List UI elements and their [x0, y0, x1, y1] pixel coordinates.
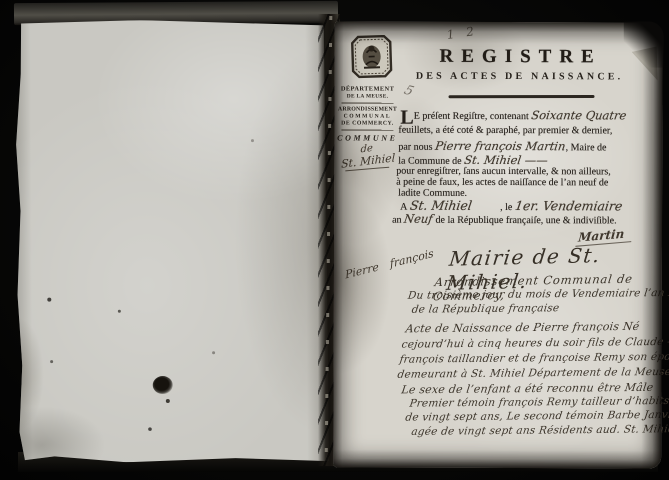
folio-annotation: 1 2 — [446, 24, 479, 42]
declaration-line: pour enregiſtrer, ſans aucun intervalle,… — [396, 166, 611, 178]
act-line: de vingt sept ans, Le second témoin Barb… — [405, 409, 669, 424]
declaration-line: anNeuf de la République françaiſe, une &… — [392, 212, 617, 227]
register-subtitle: DES ACTES DE NAISSANCE. — [415, 71, 625, 83]
print-text: par nous — [398, 142, 432, 153]
paraph-annotation: 5 — [402, 83, 416, 99]
act-margin-name: Pierre françois — [344, 247, 436, 281]
act-line: cejourd’hui à cinq heures du soir fils d… — [401, 336, 669, 351]
margin-arrondissement-line3: DE COMMERCY. — [336, 120, 398, 126]
declaration-line: LE préſent Regiſtre, contenantSoixante Q… — [400, 108, 626, 123]
act-line: demeurant à St. Mihiel Département de la… — [397, 366, 669, 381]
print-text: an — [392, 215, 401, 226]
title-divider — [449, 95, 595, 98]
act-line-text: agée de vingt sept ans Résidents aud. St… — [411, 423, 669, 438]
act-line: agée de vingt sept ans Résidents aud. St… — [411, 423, 669, 438]
act-line: Le sexe de l’enfant a été reconnu être M… — [401, 381, 655, 397]
margin-divider — [341, 102, 393, 103]
margin-arrondissement-line1: ARRONDISSEMENT — [336, 106, 398, 112]
handwritten-place: St. Mihiel — [409, 198, 473, 213]
handwritten-year: Neuf — [404, 212, 435, 226]
margin-name-first: Pierre — [345, 260, 380, 281]
handwritten-fill: Soixante Quatre — [531, 108, 628, 122]
register-title-page: 1 2 5 REGISTRE DES ACTES DE NAISSANCE. D… — [333, 21, 663, 468]
print-text: E préſent Regiſtre, contenant — [414, 111, 529, 122]
act-line: françois taillandier et de françoise Rem… — [399, 351, 669, 366]
declaration-line: feuillets, a été coté & paraphé, par pre… — [398, 125, 612, 137]
republic-stamp-icon — [350, 34, 393, 79]
margin-departement-line1: DÉPARTEMENT — [337, 85, 399, 92]
margin-commune-value: de St. Mihiel — [335, 140, 399, 171]
margin-arrondissement-line2: COMMUNAL — [336, 113, 398, 119]
handwritten-fill: Pierre françois Martin — [435, 139, 567, 153]
ink-speck — [166, 399, 170, 403]
print-text: , Maire de — [566, 142, 607, 153]
left-blank-page — [15, 19, 329, 463]
declaration-line: à peine de faux, les actes de naiſſance … — [396, 177, 608, 189]
act-line: Acte de Naissance de Pierre françois Né — [405, 320, 640, 335]
act-line: Premier témoin françois Remy tailleur d’… — [409, 395, 669, 410]
margin-departement-line2: DE LA MEUSE. — [337, 93, 399, 99]
scanned-register-photo: 1 2 5 REGISTRE DES ACTES DE NAISSANCE. D… — [0, 0, 669, 480]
ink-blot — [153, 376, 173, 394]
register-title: REGISTRE — [421, 46, 621, 69]
act-line: de la République française — [411, 302, 560, 316]
margin-label-block: DÉPARTEMENT DE LA MEUSE. ARRONDISSEMENT … — [336, 85, 398, 169]
margin-divider — [341, 129, 393, 130]
print-text: de la République françaiſe, une & indivi… — [436, 215, 617, 227]
dogear-fold — [632, 46, 658, 80]
declaration-line: par nousPierre françois Martin, Maire de — [398, 139, 606, 154]
margin-name-last: françois — [389, 247, 434, 271]
